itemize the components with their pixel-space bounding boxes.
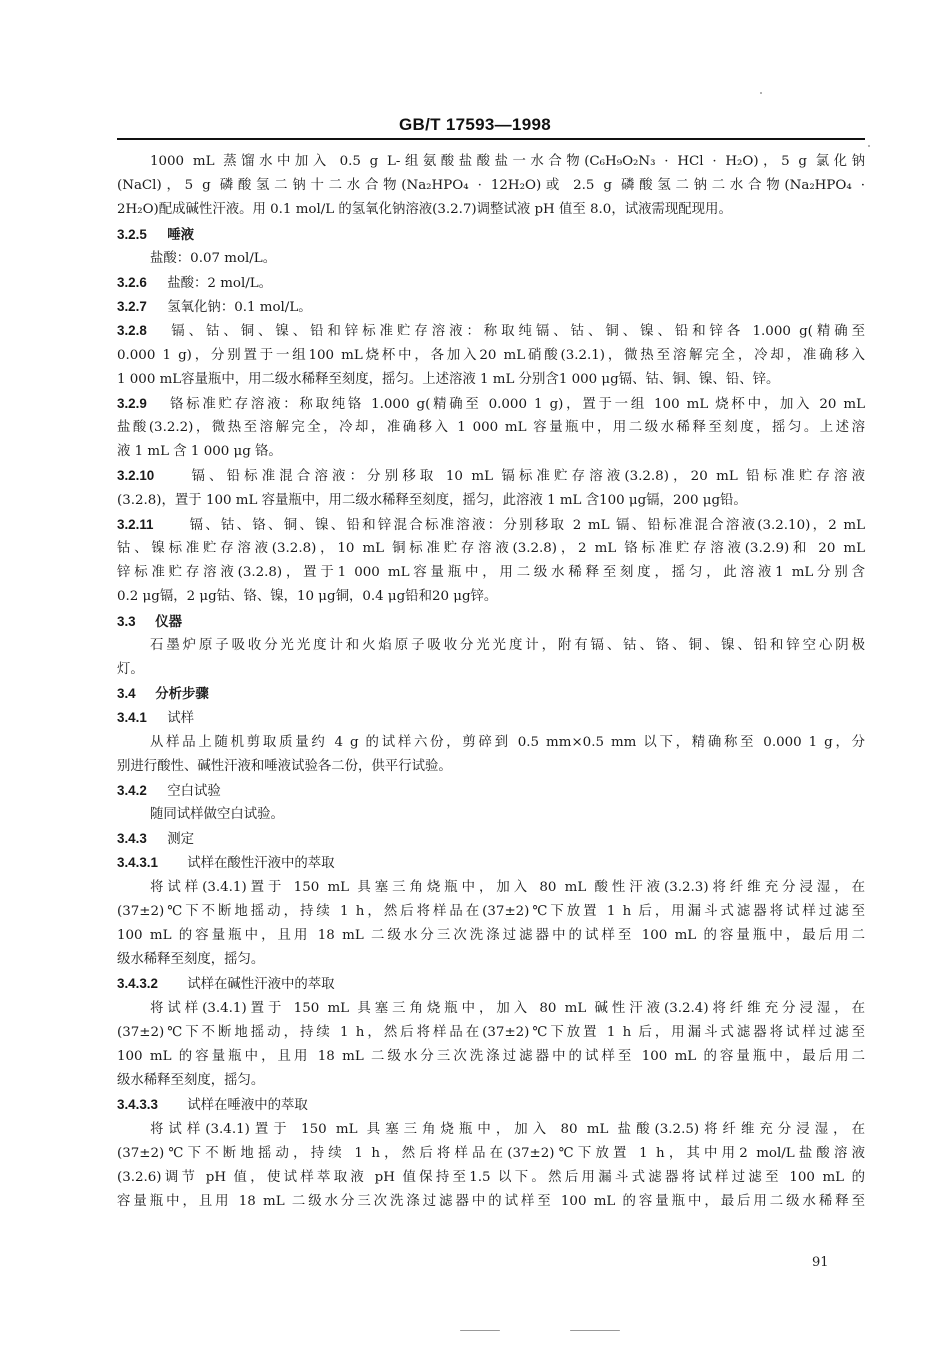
section-title: 试样: [167, 711, 194, 726]
document-body: 1000 mL 蒸馏水中加入 0.5 g L-组氨酸盐酸盐一水合物(C₆H₉O₂…: [117, 150, 865, 1214]
page-number: 91: [812, 1255, 829, 1270]
section-3-4-1-heading: 3.4.1 试样: [117, 706, 865, 730]
scan-speck: [460, 1330, 500, 1331]
paragraph-line: 0.000 1 g)，分别置于一组100 mL烧杯中，各加入20 mL硝酸(3.…: [117, 344, 865, 368]
paragraph-line: (37±2)℃下不断地摇动，持续 1 h，然后将样品在(37±2)℃下放置 1 …: [117, 900, 865, 924]
paragraph-line: 1000 mL 蒸馏水中加入 0.5 g L-组氨酸盐酸盐一水合物(C₆H₉O₂…: [117, 150, 865, 174]
section-number: 3.2.10: [117, 464, 183, 488]
paragraph-line: 从样品上随机剪取质量约 4 g 的试样六份，剪碎到 0.5 mm×0.5 mm …: [117, 731, 865, 755]
section-3-4-3-heading: 3.4.3 测定: [117, 827, 865, 851]
section-3-2-7: 3.2.7 氢氧化钠：0.1 mol/L。: [117, 295, 865, 319]
section-3-2-5-body: 盐酸：0.07 mol/L。: [117, 247, 865, 271]
paragraph-line: 100 mL 的容量瓶中，且用 18 mL 二级水分三次洗涤过滤器中的试样至 1…: [117, 1045, 865, 1069]
section-text: 镉、钴、铜、镍、铅和锌标准贮存溶液：称取纯镉、钴、铜、镍、铅和锌各 1.000 …: [171, 324, 865, 339]
section-3-4-3-3-heading: 3.4.3.3 试样在唾液中的萃取: [117, 1093, 865, 1117]
section-number: 3.2.7: [117, 295, 163, 319]
section-3-4-3-2-heading: 3.4.3.2 试样在碱性汗液中的萃取: [117, 972, 865, 996]
section-3-2-6: 3.2.6 盐酸：2 mol/L。: [117, 271, 865, 295]
section-number: 3.2.11: [117, 513, 183, 537]
section-3-4-heading: 3.4 分析步骤: [117, 682, 865, 706]
section-text: 镉、钴、铬、铜、镍、铅和锌混合标准溶液：分别移取 2 mL 镉、铅标准混合溶液(…: [190, 518, 865, 533]
section-title: 分析步骤: [155, 686, 209, 702]
paragraph-line: 2H₂O)配成碱性汗液。用 0.1 mol/L 的氢氧化钠溶液(3.2.7)调整…: [117, 198, 865, 222]
section-number: 3.4.3.3: [117, 1093, 183, 1117]
section-number: 3.4.3.1: [117, 851, 183, 875]
section-title: 空白试验: [167, 784, 221, 799]
section-3-2-11: 3.2.11 镉、钴、铬、铜、镍、铅和锌混合标准溶液：分别移取 2 mL 镉、铅…: [117, 513, 865, 537]
section-title: 测定: [167, 832, 194, 847]
paragraph-line: 石墨炉原子吸收分光光度计和火焰原子吸收分光光度计，附有镉、钴、铬、铜、镍、铅和锌…: [117, 634, 865, 658]
section-text: 氢氧化钠：0.1 mol/L。: [167, 300, 311, 315]
section-text: 盐酸：2 mol/L。: [167, 276, 272, 291]
section-text: 铬标准贮存溶液：称取纯铬 1.000 g(精确至 0.000 1 g)，置于一组…: [170, 397, 865, 412]
section-title: 唾液: [167, 227, 194, 243]
scan-speck: [868, 145, 870, 147]
paragraph-line: (NaCl)，5 g 磷酸氢二钠十二水合物(Na₂HPO₄ · 12H₂O)或 …: [117, 174, 865, 198]
section-number: 3.2.6: [117, 271, 163, 295]
section-3-4-2-heading: 3.4.2 空白试验: [117, 779, 865, 803]
section-3-4-2-body: 随同试样做空白试验。: [117, 803, 865, 827]
paragraph-line: (37±2)℃下不断地摇动，持续 1 h，然后将样品在(37±2)℃下放置 1 …: [117, 1021, 865, 1045]
section-number: 3.2.8: [117, 319, 163, 343]
paragraph-line: 容量瓶中，且用 18 mL 二级水分三次洗涤过滤器中的试样至 100 mL 的容…: [117, 1190, 865, 1214]
paragraph-line: (3.2.8)，置于 100 mL 容量瓶中，用二级水稀释至刻度，摇匀，此溶液 …: [117, 489, 865, 513]
section-number: 3.2.5: [117, 223, 163, 247]
paragraph-line: 锌标准贮存溶液(3.2.8)，置于1 000 mL容量瓶中，用二级水稀释至刻度，…: [117, 561, 865, 585]
paragraph-line: (3.2.6)调节 pH 值，使试样萃取液 pH 值保持至1.5 以下。然后用漏…: [117, 1166, 865, 1190]
section-number: 3.3: [117, 610, 151, 634]
section-number: 3.4.3: [117, 827, 163, 851]
paragraph-line: 级水稀释至刻度，摇匀。: [117, 1069, 865, 1093]
section-text: 镉、铅标准混合溶液：分别移取 10 mL 镉标准贮存溶液(3.2.8)，20 m…: [191, 469, 865, 484]
section-number: 3.4.3.2: [117, 972, 183, 996]
section-title: 试样在碱性汗液中的萃取: [187, 977, 334, 992]
standard-number-header: GB/T 17593—1998: [0, 115, 950, 135]
paragraph-line: 0.2 μg镉，2 μg钴、铬、镍，10 μg铜，0.4 μg铅和20 μg锌。: [117, 585, 865, 609]
paragraph-line: 将试样(3.4.1)置于 150 mL 具塞三角烧瓶中，加入 80 mL 盐酸(…: [117, 1118, 865, 1142]
paragraph-line: (37±2)℃下不断地摇动，持续 1 h，然后将样品在(37±2)℃下放置 1 …: [117, 1142, 865, 1166]
section-3-4-3-1-heading: 3.4.3.1 试样在酸性汗液中的萃取: [117, 851, 865, 875]
section-title: 试样在酸性汗液中的萃取: [187, 856, 334, 871]
paragraph-line: 钴、镍标准贮存溶液(3.2.8)，10 mL 铜标准贮存溶液(3.2.8)，2 …: [117, 537, 865, 561]
section-number: 3.4.1: [117, 706, 163, 730]
section-3-2-8: 3.2.8 镉、钴、铜、镍、铅和锌标准贮存溶液：称取纯镉、钴、铜、镍、铅和锌各 …: [117, 319, 865, 343]
section-3-2-9: 3.2.9 铬标准贮存溶液：称取纯铬 1.000 g(精确至 0.000 1 g…: [117, 392, 865, 416]
paragraph-line: 1 000 mL容量瓶中，用二级水稀释至刻度，摇匀。上述溶液 1 mL 分别含1…: [117, 368, 865, 392]
paragraph-line: 别进行酸性、碱性汗液和唾液试验各二份，供平行试验。: [117, 755, 865, 779]
section-number: 3.2.9: [117, 392, 163, 416]
paragraph-line: 盐酸(3.2.2)，微热至溶解完全，冷却，准确移入 1 000 mL 容量瓶中，…: [117, 416, 865, 440]
paragraph-line: 灯。: [117, 658, 865, 682]
paragraph-line: 将试样(3.4.1)置于 150 mL 具塞三角烧瓶中，加入 80 mL 酸性汗…: [117, 876, 865, 900]
scan-speck: [760, 92, 762, 94]
section-3-3-heading: 3.3 仪器: [117, 610, 865, 634]
document-page: GB/T 17593—1998 1000 mL 蒸馏水中加入 0.5 g L-组…: [0, 0, 950, 1348]
section-title: 试样在唾液中的萃取: [187, 1098, 308, 1113]
paragraph-line: 100 mL 的容量瓶中，且用 18 mL 二级水分三次洗涤过滤器中的试样至 1…: [117, 924, 865, 948]
paragraph-line: 液 1 mL 含 1 000 μg 铬。: [117, 440, 865, 464]
scan-speck: [570, 1330, 620, 1331]
paragraph-line: 级水稀释至刻度，摇匀。: [117, 948, 865, 972]
section-number: 3.4.2: [117, 779, 163, 803]
section-3-2-5-heading: 3.2.5 唾液: [117, 223, 865, 247]
header-rule: [117, 138, 865, 140]
section-3-2-10: 3.2.10 镉、铅标准混合溶液：分别移取 10 mL 镉标准贮存溶液(3.2.…: [117, 464, 865, 488]
section-title: 仪器: [155, 614, 182, 630]
paragraph-line: 将试样(3.4.1)置于 150 mL 具塞三角烧瓶中，加入 80 mL 碱性汗…: [117, 997, 865, 1021]
section-number: 3.4: [117, 682, 151, 706]
